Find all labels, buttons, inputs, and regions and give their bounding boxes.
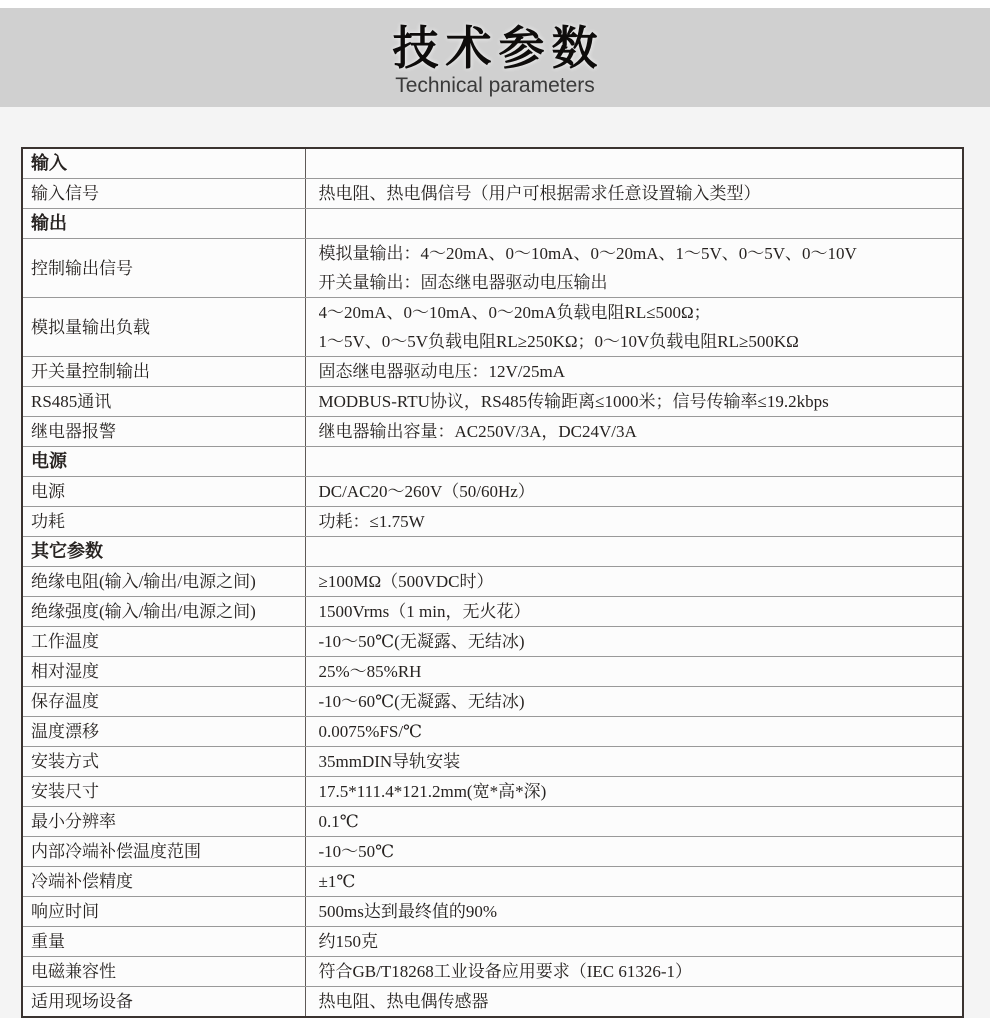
value-line: ±1℃ bbox=[319, 867, 957, 896]
table-row: 绝缘强度(输入/输出/电源之间)1500Vrms（1 min，无火花） bbox=[22, 597, 963, 627]
table-row: 绝缘电阻(输入/输出/电源之间)≥100MΩ（500VDC时） bbox=[22, 567, 963, 597]
table-row: 继电器报警继电器输出容量：AC250V/3A，DC24V/3A bbox=[22, 417, 963, 447]
specs-table: 输入输入信号热电阻、热电偶信号（用户可根据需求任意设置输入类型）输出控制输出信号… bbox=[21, 147, 964, 1018]
param-label: 工作温度 bbox=[22, 627, 305, 657]
table-row: 安装方式35mmDIN导轨安装 bbox=[22, 747, 963, 777]
param-value: -10～50℃ bbox=[305, 837, 963, 867]
value-line: 符合GB/T18268工业设备应用要求（IEC 61326-1） bbox=[319, 957, 957, 986]
value-line: 开关量输出：固态继电器驱动电压输出 bbox=[319, 268, 957, 297]
param-label: 安装尺寸 bbox=[22, 777, 305, 807]
param-label: 开关量控制输出 bbox=[22, 357, 305, 387]
param-label: 内部冷端补偿温度范围 bbox=[22, 837, 305, 867]
param-label: 输入 bbox=[22, 148, 305, 179]
table-row: 保存温度-10～60℃(无凝露、无结冰) bbox=[22, 687, 963, 717]
param-label: 电源 bbox=[22, 477, 305, 507]
param-label: 冷端补偿精度 bbox=[22, 867, 305, 897]
param-value: MODBUS-RTU协议，RS485传输距离≤1000米；信号传输率≤19.2k… bbox=[305, 387, 963, 417]
param-value: 模拟量输出：4～20mA、0～10mA、0～20mA、1～5V、0～5V、0～1… bbox=[305, 239, 963, 298]
param-value bbox=[305, 209, 963, 239]
top-strip bbox=[0, 0, 990, 8]
param-label: 功耗 bbox=[22, 507, 305, 537]
section-row: 其它参数 bbox=[22, 537, 963, 567]
param-value bbox=[305, 447, 963, 477]
param-value: 热电阻、热电偶传感器 bbox=[305, 987, 963, 1018]
param-value: 功耗：≤1.75W bbox=[305, 507, 963, 537]
table-row: 功耗功耗：≤1.75W bbox=[22, 507, 963, 537]
param-value: 500ms达到最终值的90% bbox=[305, 897, 963, 927]
value-line: 功耗：≤1.75W bbox=[319, 507, 957, 536]
param-value: -10～60℃(无凝露、无结冰) bbox=[305, 687, 963, 717]
param-value: 0.0075%FS/℃ bbox=[305, 717, 963, 747]
param-label: 电源 bbox=[22, 447, 305, 477]
param-label: 控制输出信号 bbox=[22, 239, 305, 298]
param-value: 热电阻、热电偶信号（用户可根据需求任意设置输入类型） bbox=[305, 179, 963, 209]
param-value bbox=[305, 537, 963, 567]
table-row: RS485通讯MODBUS-RTU协议，RS485传输距离≤1000米；信号传输… bbox=[22, 387, 963, 417]
param-value: 25%～85%RH bbox=[305, 657, 963, 687]
param-label: 适用现场设备 bbox=[22, 987, 305, 1018]
param-label: RS485通讯 bbox=[22, 387, 305, 417]
value-line: 热电阻、热电偶传感器 bbox=[319, 987, 957, 1016]
table-row: 内部冷端补偿温度范围-10～50℃ bbox=[22, 837, 963, 867]
value-line: 固态继电器驱动电压：12V/25mA bbox=[319, 357, 957, 386]
param-label: 最小分辨率 bbox=[22, 807, 305, 837]
value-line: 0.0075%FS/℃ bbox=[319, 717, 957, 746]
value-line: -10～50℃ bbox=[319, 837, 957, 866]
param-value: 17.5*111.4*121.2mm(宽*高*深) bbox=[305, 777, 963, 807]
param-value: 符合GB/T18268工业设备应用要求（IEC 61326-1） bbox=[305, 957, 963, 987]
table-row: 适用现场设备热电阻、热电偶传感器 bbox=[22, 987, 963, 1018]
value-line: 约150克 bbox=[319, 927, 957, 956]
value-line: 模拟量输出：4～20mA、0～10mA、0～20mA、1～5V、0～5V、0～1… bbox=[319, 239, 957, 268]
param-label: 响应时间 bbox=[22, 897, 305, 927]
param-label: 重量 bbox=[22, 927, 305, 957]
section-row: 电源 bbox=[22, 447, 963, 477]
table-row: 重量约150克 bbox=[22, 927, 963, 957]
param-label: 相对湿度 bbox=[22, 657, 305, 687]
table-row: 安装尺寸17.5*111.4*121.2mm(宽*高*深) bbox=[22, 777, 963, 807]
table-row: 响应时间500ms达到最终值的90% bbox=[22, 897, 963, 927]
param-value: 约150克 bbox=[305, 927, 963, 957]
param-value: 35mmDIN导轨安装 bbox=[305, 747, 963, 777]
table-row: 模拟量输出负载4～20mA、0～10mA、0～20mA负载电阻RL≤500Ω；1… bbox=[22, 298, 963, 357]
param-label: 保存温度 bbox=[22, 687, 305, 717]
param-label: 继电器报警 bbox=[22, 417, 305, 447]
param-value: 固态继电器驱动电压：12V/25mA bbox=[305, 357, 963, 387]
table-row: 工作温度-10～50℃(无凝露、无结冰) bbox=[22, 627, 963, 657]
value-line: MODBUS-RTU协议，RS485传输距离≤1000米；信号传输率≤19.2k… bbox=[319, 387, 957, 416]
table-row: 相对湿度25%～85%RH bbox=[22, 657, 963, 687]
param-value: 4～20mA、0～10mA、0～20mA负载电阻RL≤500Ω；1～5V、0～5… bbox=[305, 298, 963, 357]
title-band: 技术参数 Technical parameters bbox=[0, 8, 990, 107]
param-value bbox=[305, 148, 963, 179]
param-value: ≥100MΩ（500VDC时） bbox=[305, 567, 963, 597]
table-row: 输入信号热电阻、热电偶信号（用户可根据需求任意设置输入类型） bbox=[22, 179, 963, 209]
param-label: 电磁兼容性 bbox=[22, 957, 305, 987]
value-line: 500ms达到最终值的90% bbox=[319, 897, 957, 926]
page-title: 技术参数 bbox=[386, 23, 605, 73]
table-row: 最小分辨率0.1℃ bbox=[22, 807, 963, 837]
section-row: 输出 bbox=[22, 209, 963, 239]
value-line: 17.5*111.4*121.2mm(宽*高*深) bbox=[319, 777, 957, 806]
param-label: 温度漂移 bbox=[22, 717, 305, 747]
value-line: 继电器输出容量：AC250V/3A，DC24V/3A bbox=[319, 417, 957, 446]
value-line: 热电阻、热电偶信号（用户可根据需求任意设置输入类型） bbox=[319, 179, 957, 208]
param-value: 0.1℃ bbox=[305, 807, 963, 837]
table-row: 冷端补偿精度±1℃ bbox=[22, 867, 963, 897]
value-line: 1～5V、0～5V负载电阻RL≥250KΩ；0～10V负载电阻RL≥500KΩ bbox=[319, 327, 957, 356]
param-label: 输出 bbox=[22, 209, 305, 239]
param-value: 1500Vrms（1 min，无火花） bbox=[305, 597, 963, 627]
param-label: 绝缘电阻(输入/输出/电源之间) bbox=[22, 567, 305, 597]
param-value: 继电器输出容量：AC250V/3A，DC24V/3A bbox=[305, 417, 963, 447]
value-line: 4～20mA、0～10mA、0～20mA负载电阻RL≤500Ω； bbox=[319, 298, 957, 327]
value-line: 1500Vrms（1 min，无火花） bbox=[319, 597, 957, 626]
value-line: 0.1℃ bbox=[319, 807, 957, 836]
table-row: 电磁兼容性符合GB/T18268工业设备应用要求（IEC 61326-1） bbox=[22, 957, 963, 987]
value-line: -10～50℃(无凝露、无结冰) bbox=[319, 627, 957, 656]
page: 技术参数 Technical parameters 输入输入信号热电阻、热电偶信… bbox=[0, 0, 990, 1018]
value-line: ≥100MΩ（500VDC时） bbox=[319, 567, 957, 596]
param-label: 绝缘强度(输入/输出/电源之间) bbox=[22, 597, 305, 627]
section-row: 输入 bbox=[22, 148, 963, 179]
value-line: 35mmDIN导轨安装 bbox=[319, 747, 957, 776]
value-line: 25%～85%RH bbox=[319, 657, 957, 686]
param-label: 模拟量输出负载 bbox=[22, 298, 305, 357]
value-line: -10～60℃(无凝露、无结冰) bbox=[319, 687, 957, 716]
value-line: DC/AC20～260V（50/60Hz） bbox=[319, 477, 957, 506]
content-area: 输入输入信号热电阻、热电偶信号（用户可根据需求任意设置输入类型）输出控制输出信号… bbox=[0, 107, 990, 1018]
table-row: 控制输出信号模拟量输出：4～20mA、0～10mA、0～20mA、1～5V、0～… bbox=[22, 239, 963, 298]
param-label: 其它参数 bbox=[22, 537, 305, 567]
table-row: 开关量控制输出固态继电器驱动电压：12V/25mA bbox=[22, 357, 963, 387]
param-value: -10～50℃(无凝露、无结冰) bbox=[305, 627, 963, 657]
table-row: 电源DC/AC20～260V（50/60Hz） bbox=[22, 477, 963, 507]
param-value: DC/AC20～260V（50/60Hz） bbox=[305, 477, 963, 507]
param-value: ±1℃ bbox=[305, 867, 963, 897]
param-label: 输入信号 bbox=[22, 179, 305, 209]
specs-table-body: 输入输入信号热电阻、热电偶信号（用户可根据需求任意设置输入类型）输出控制输出信号… bbox=[22, 148, 963, 1017]
table-row: 温度漂移0.0075%FS/℃ bbox=[22, 717, 963, 747]
param-label: 安装方式 bbox=[22, 747, 305, 777]
page-subtitle: Technical parameters bbox=[395, 74, 595, 98]
